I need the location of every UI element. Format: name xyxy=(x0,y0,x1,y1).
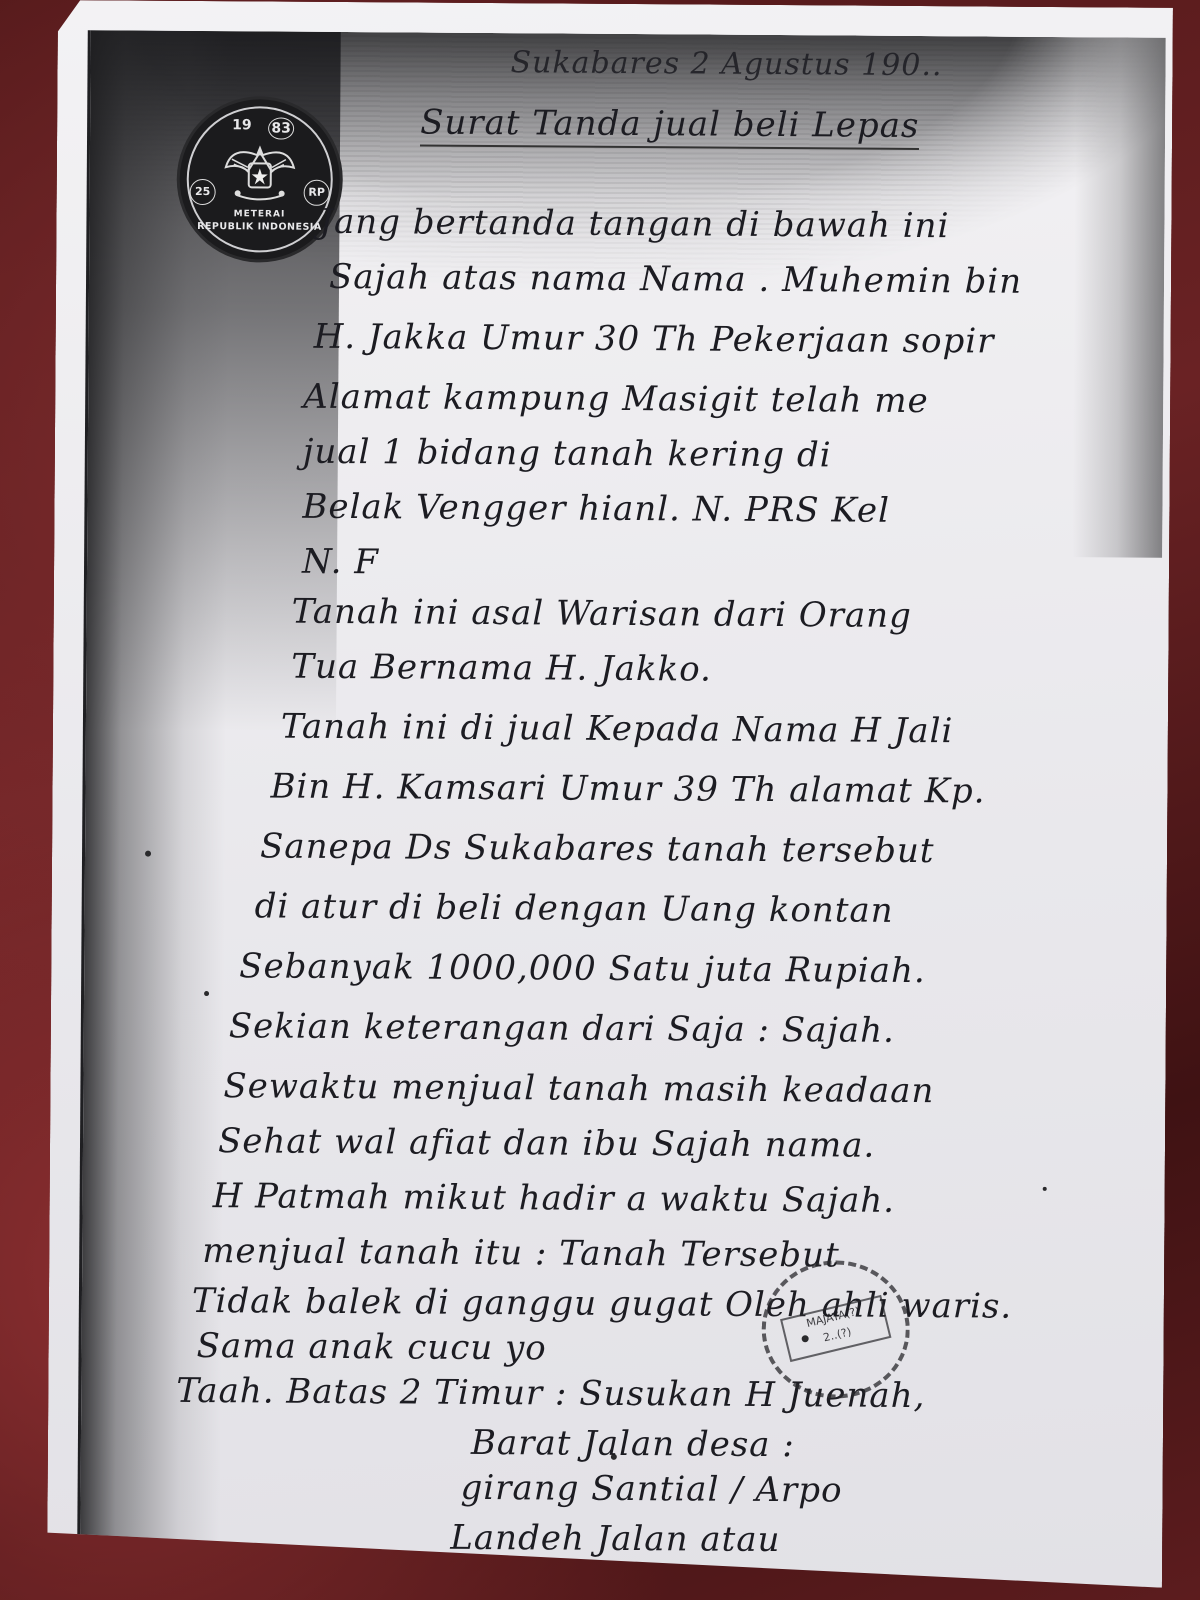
postmark-stamp: MAJAYA(?) 2..(?) xyxy=(761,1260,910,1399)
body-line: Belak Vengger hianl. N. PRS Kel xyxy=(302,487,890,531)
boundary-line: Barat Jalan desa : xyxy=(471,1423,795,1465)
body-line: Sewaktu menjual tanah masih keadaan xyxy=(223,1066,934,1111)
body-line: di atur di beli dengan Uang kontan xyxy=(255,886,894,930)
boundary-line: girang Santial / Arpo xyxy=(460,1468,842,1511)
body-line: menjual tanah itu : Tanah Tersebut xyxy=(202,1231,840,1275)
body-line: H Patmah mikut hadir a waktu Sajah. xyxy=(213,1176,896,1221)
body-line: Sekian keterangan dari Saja : Sajah. xyxy=(229,1006,895,1051)
place-date: Sukabares 2 Agustus 190.. xyxy=(510,45,942,83)
garuda-emblem-icon xyxy=(222,137,298,208)
stamp-year-left: 19 xyxy=(232,117,252,133)
postmark-inner-box: MAJAYA(?) 2..(?) xyxy=(780,1295,891,1362)
body-line: Sebanyak 1000,000 Satu juta Rupiah. xyxy=(239,946,926,991)
toner-smudge-right xyxy=(1072,37,1166,558)
body-line: Jang bertanda tangan di bawah ini xyxy=(319,202,949,246)
stamp-value: 25 xyxy=(190,179,216,205)
body-line: H. Jakka Umur 30 Th Pekerjaan sopir xyxy=(314,317,995,362)
toner-speck xyxy=(204,991,209,996)
body-line: Alamat kampung Masigit telah me xyxy=(303,377,929,421)
body-line: Bin H. Kamsari Umur 39 Th alamat Kp. xyxy=(270,767,985,812)
body-line: jual 1 bidang tanah kering di xyxy=(303,432,832,476)
document-paper: Sukabares 2 Agustus 190.. Surat Tanda ju… xyxy=(47,0,1173,1588)
stamp-label-republik: REPUBLIK INDONESIA xyxy=(179,221,339,233)
body-line: Sajah atas nama Nama . Muhemin bin xyxy=(329,257,1022,302)
document-title: Surat Tanda jual beli Lepas xyxy=(420,103,920,150)
body-line: Sehat wal afiat dan ibu Sajah nama. xyxy=(218,1121,875,1166)
body-line: Tanah ini asal Warisan dari Orang xyxy=(292,592,912,636)
body-line: N. F xyxy=(302,542,379,583)
body-line: Tanah ini di jual Kepada Nama H Jali xyxy=(281,707,954,752)
stamp-label-meterai: METERAI xyxy=(179,209,339,220)
toner-speck xyxy=(1043,1187,1047,1191)
photocopy-area: Sukabares 2 Agustus 190.. Surat Tanda ju… xyxy=(77,30,1166,1577)
body-line: Sama anak cucu yo xyxy=(196,1326,546,1368)
body-line: Tua Bernama H. Jakko. xyxy=(291,647,712,690)
stamp-year-right: 83 xyxy=(268,117,294,139)
toner-speck xyxy=(145,851,151,857)
boundary-line: Landeh Jalan atau xyxy=(450,1518,780,1560)
revenue-stamp: 19 83 25 RP METERAI REPUBLIK INDONESIA xyxy=(179,99,340,260)
body-line: Sanepa Ds Sukabares tanah tersebut xyxy=(260,826,935,871)
